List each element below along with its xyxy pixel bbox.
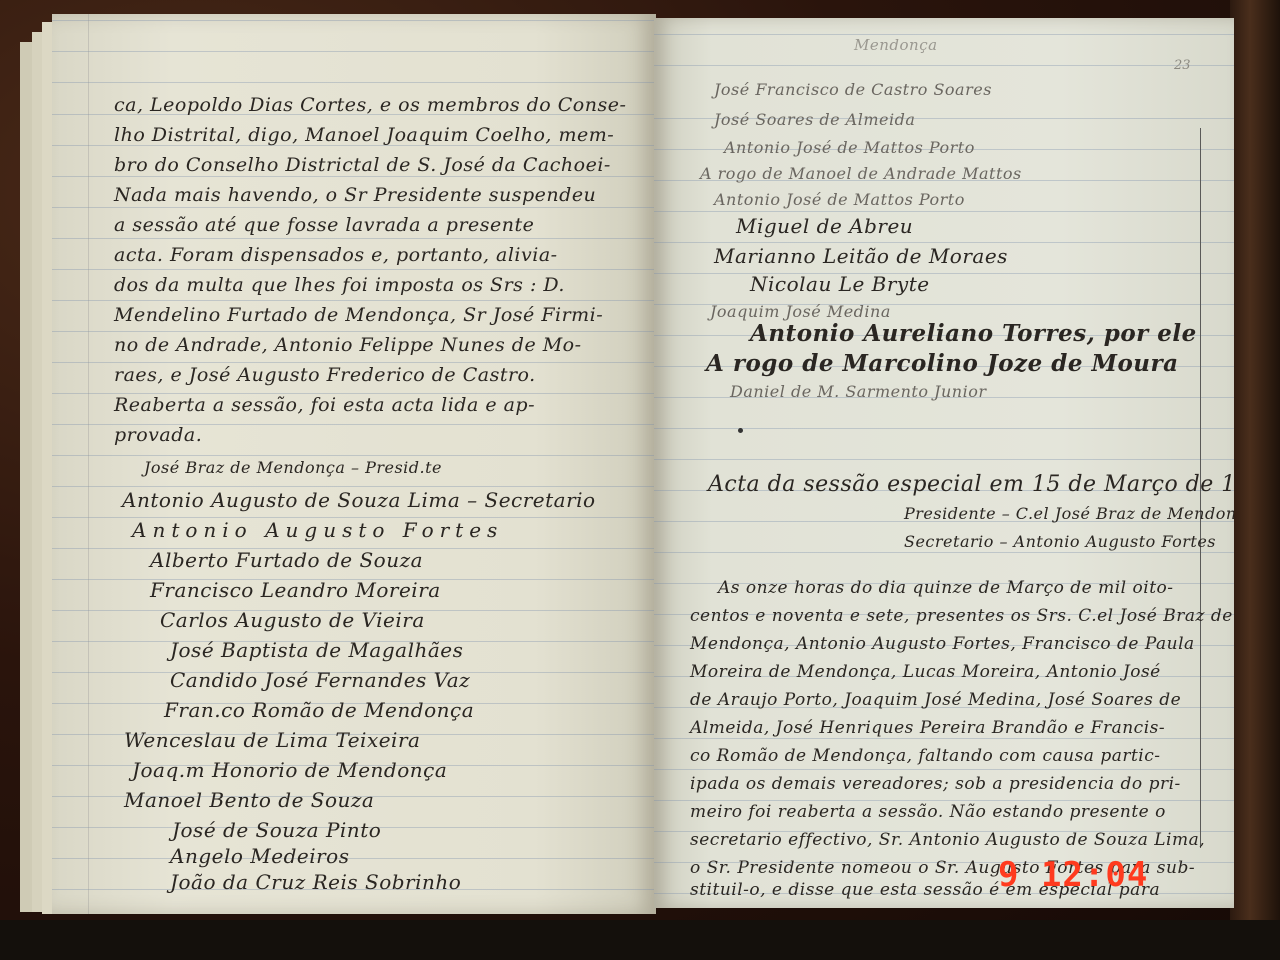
handwritten-line: ipada os demais vereadores; sob a presid… (690, 774, 1181, 794)
signature: Nicolau Le Bryte (750, 272, 930, 296)
signature: Francisco Leandro Moreira (150, 578, 441, 602)
ink-mark (738, 428, 743, 433)
handwritten-line: centos e noventa e sete, presentes os Sr… (690, 606, 1233, 626)
signature: Daniel de M. Sarmento Junior (730, 382, 986, 401)
signature: João da Cruz Reis Sobrinho (170, 870, 461, 894)
handwritten-line: Nada mais havendo, o Sr Presidente suspe… (114, 184, 596, 206)
handwritten-line: acta. Foram dispensados e, portanto, ali… (114, 244, 558, 266)
signature: Antonio Augusto Fortes (132, 518, 503, 542)
signature: Carlos Augusto de Vieira (160, 608, 425, 632)
signature: Miguel de Abreu (736, 214, 913, 238)
signature: Manoel Bento de Souza (124, 788, 374, 812)
signature: José Soares de Almeida (714, 110, 915, 129)
handwritten-line: co Romão de Mendonça, faltando com causa… (690, 746, 1161, 766)
handwritten-line: Reaberta a sessão, foi esta acta lida e … (114, 394, 535, 416)
signature: A rogo de Manoel de Andrade Mattos (700, 164, 1022, 183)
handwritten-line: meiro foi reaberta a sessão. Não estando… (690, 802, 1166, 822)
right-page: Mendonça 23 José Francisco de Castro Soa… (654, 18, 1234, 908)
signature: Candido José Fernandes Vaz (170, 668, 470, 692)
signature: José de Souza Pinto (172, 818, 381, 842)
signature: Angelo Medeiros (170, 844, 349, 868)
handwritten-line: provada. (114, 424, 202, 446)
handwritten-line: lho Distrital, digo, Manoel Joaquim Coel… (114, 124, 614, 146)
signature: Joaq.m Honorio de Mendonça (132, 758, 447, 782)
page-number: 23 (1174, 58, 1191, 73)
signature: José Baptista de Magalhães (170, 638, 463, 662)
signature: José Francisco de Castro Soares (714, 80, 992, 99)
minutes-secretary: Secretario – Antonio Augusto Fortes (904, 532, 1216, 551)
page-header: Mendonça (854, 36, 938, 54)
minutes-president: Presidente – C.el José Braz de Mendonça (904, 504, 1234, 523)
signature: Antonio Aureliano Torres, por ele (750, 320, 1197, 347)
signature: Marianno Leitão de Moraes (714, 244, 1008, 268)
handwritten-line: Mendelino Furtado de Mendonça, Sr José F… (114, 304, 603, 326)
handwritten-line: Moreira de Mendonça, Lucas Moreira, Anto… (690, 662, 1161, 682)
handwritten-line: Mendonça, Antonio Augusto Fortes, Franci… (690, 634, 1195, 654)
handwritten-line: bro do Conselho Districtal de S. José da… (114, 154, 611, 176)
signature: Alberto Furtado de Souza (150, 548, 423, 572)
signature: Antonio Augusto de Souza Lima – Secretar… (122, 488, 596, 512)
handwritten-line: ca, Leopoldo Dias Cortes, e os membros d… (114, 94, 626, 116)
handwritten-line: no de Andrade, Antonio Felippe Nunes de … (114, 334, 582, 356)
signature: Joaquim José Medina (710, 302, 891, 321)
margin-line (88, 14, 89, 914)
handwritten-line: As onze horas do dia quinze de Março de … (718, 578, 1174, 598)
handwritten-line: de Araujo Porto, Joaquim José Medina, Jo… (690, 690, 1181, 710)
signature: Antonio José de Mattos Porto (724, 138, 975, 157)
handwritten-line: a sessão até que fosse lavrada a present… (114, 214, 534, 236)
handwritten-line: raes, e José Augusto Frederico de Castro… (114, 364, 536, 386)
signature: Fran.co Romão de Mendonça (164, 698, 474, 722)
handwritten-line: secretario effectivo, Sr. Antonio August… (690, 830, 1205, 850)
book-cover-bottom (0, 920, 1280, 960)
minutes-title: Acta da sessão especial em 15 de Março d… (708, 472, 1234, 497)
signature: Wenceslau de Lima Teixeira (124, 728, 420, 752)
signature: Antonio José de Mattos Porto (714, 190, 965, 209)
camera-timestamp-overlay: 9 12:04 (998, 855, 1148, 895)
signature: José Braz de Mendonça – Presid.te (144, 458, 442, 477)
book-cover-edge (1230, 0, 1280, 960)
signature: A rogo de Marcolino Joze de Moura (706, 350, 1179, 377)
handwritten-line: Almeida, José Henriques Pereira Brandão … (690, 718, 1165, 738)
left-page: ca, Leopoldo Dias Cortes, e os membros d… (52, 14, 656, 914)
handwritten-line: dos da multa que lhes foi imposta os Srs… (114, 274, 565, 296)
